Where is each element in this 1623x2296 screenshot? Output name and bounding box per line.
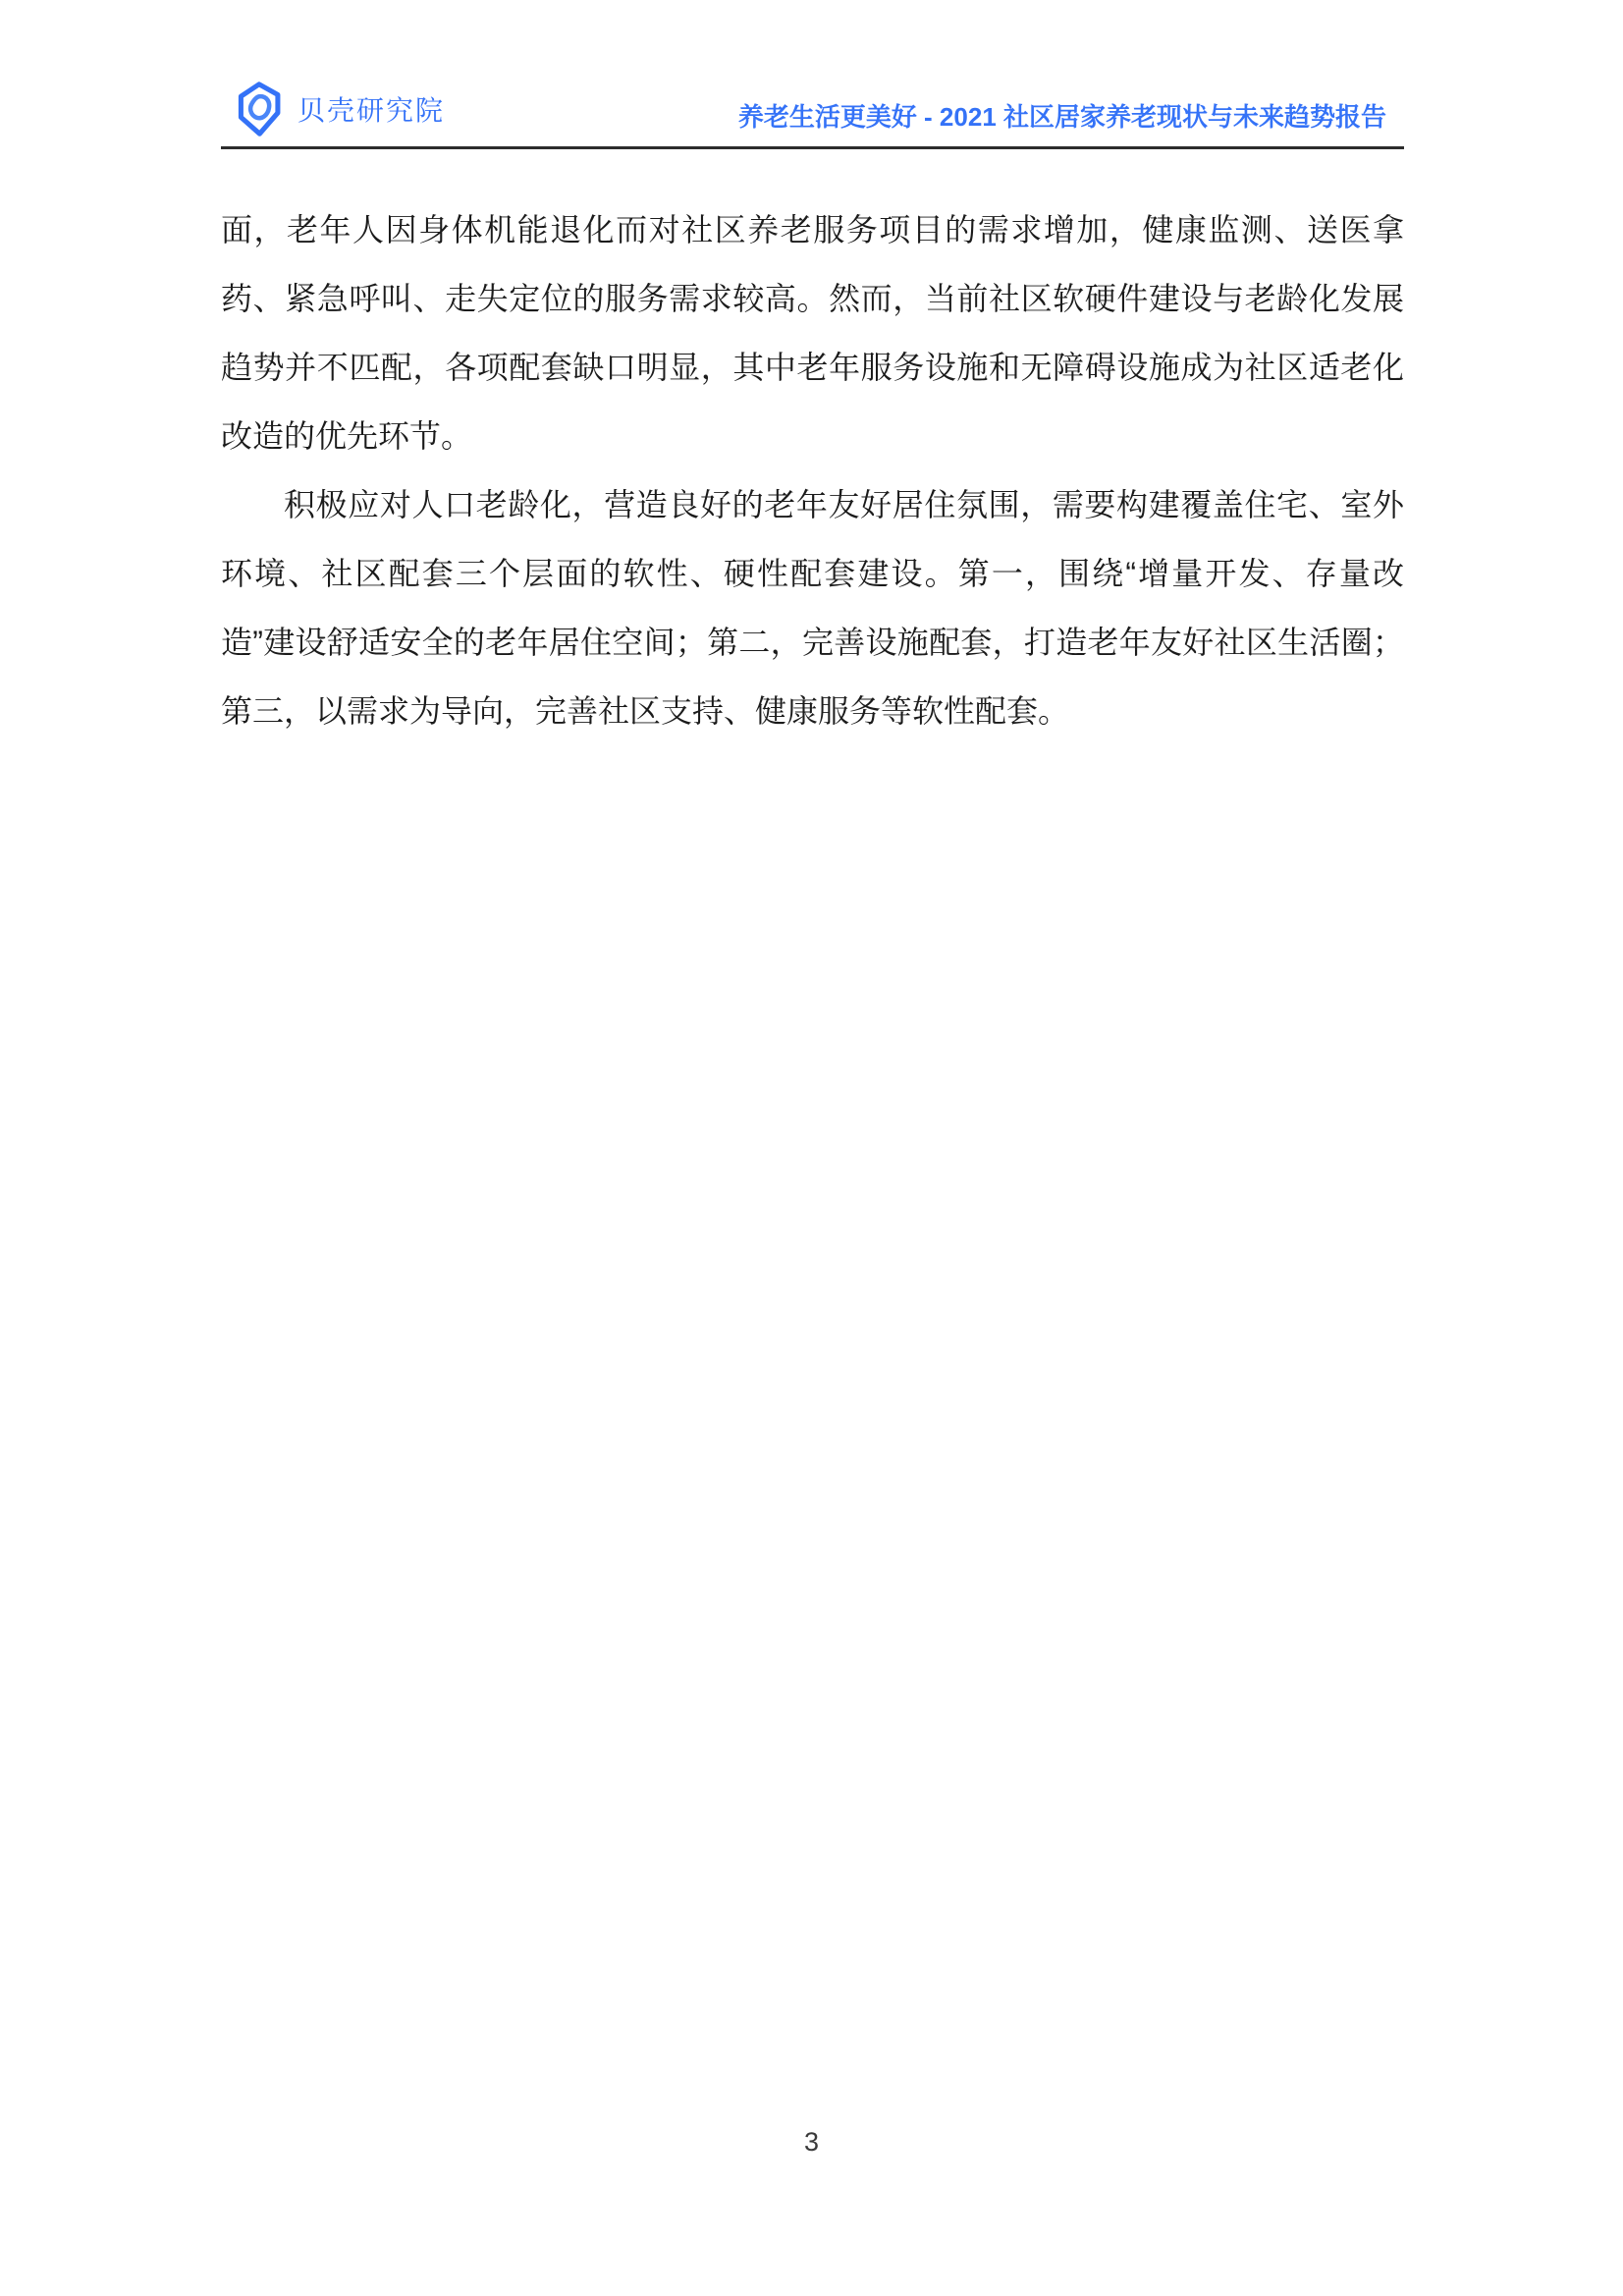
body-content: 面，老年人因身体机能退化而对社区养老服务项目的需求增加，健康监测、送医拿药、紧急…: [221, 195, 1404, 745]
header-title: 养老生活更美好 - 2021 社区居家养老现状与未来趋势报告: [738, 97, 1386, 134]
beike-logo: 贝壳研究院: [233, 81, 445, 137]
beike-logo-text: 贝壳研究院: [298, 89, 445, 129]
beike-shell-logo-icon: [233, 81, 288, 137]
page-header: 贝壳研究院 养老生活更美好 - 2021 社区居家养老现状与未来趋势报告: [221, 0, 1404, 149]
body-paragraph: 面，老年人因身体机能退化而对社区养老服务项目的需求增加，健康监测、送医拿药、紧急…: [221, 195, 1404, 470]
body-paragraph: 积极应对人口老龄化，营造良好的老年友好居住氛围，需要构建覆盖住宅、室外环境、社区…: [221, 470, 1404, 745]
page-number: 3: [0, 2124, 1623, 2159]
report-page: 贝壳研究院 养老生活更美好 - 2021 社区居家养老现状与未来趋势报告 面，老…: [0, 0, 1623, 2296]
